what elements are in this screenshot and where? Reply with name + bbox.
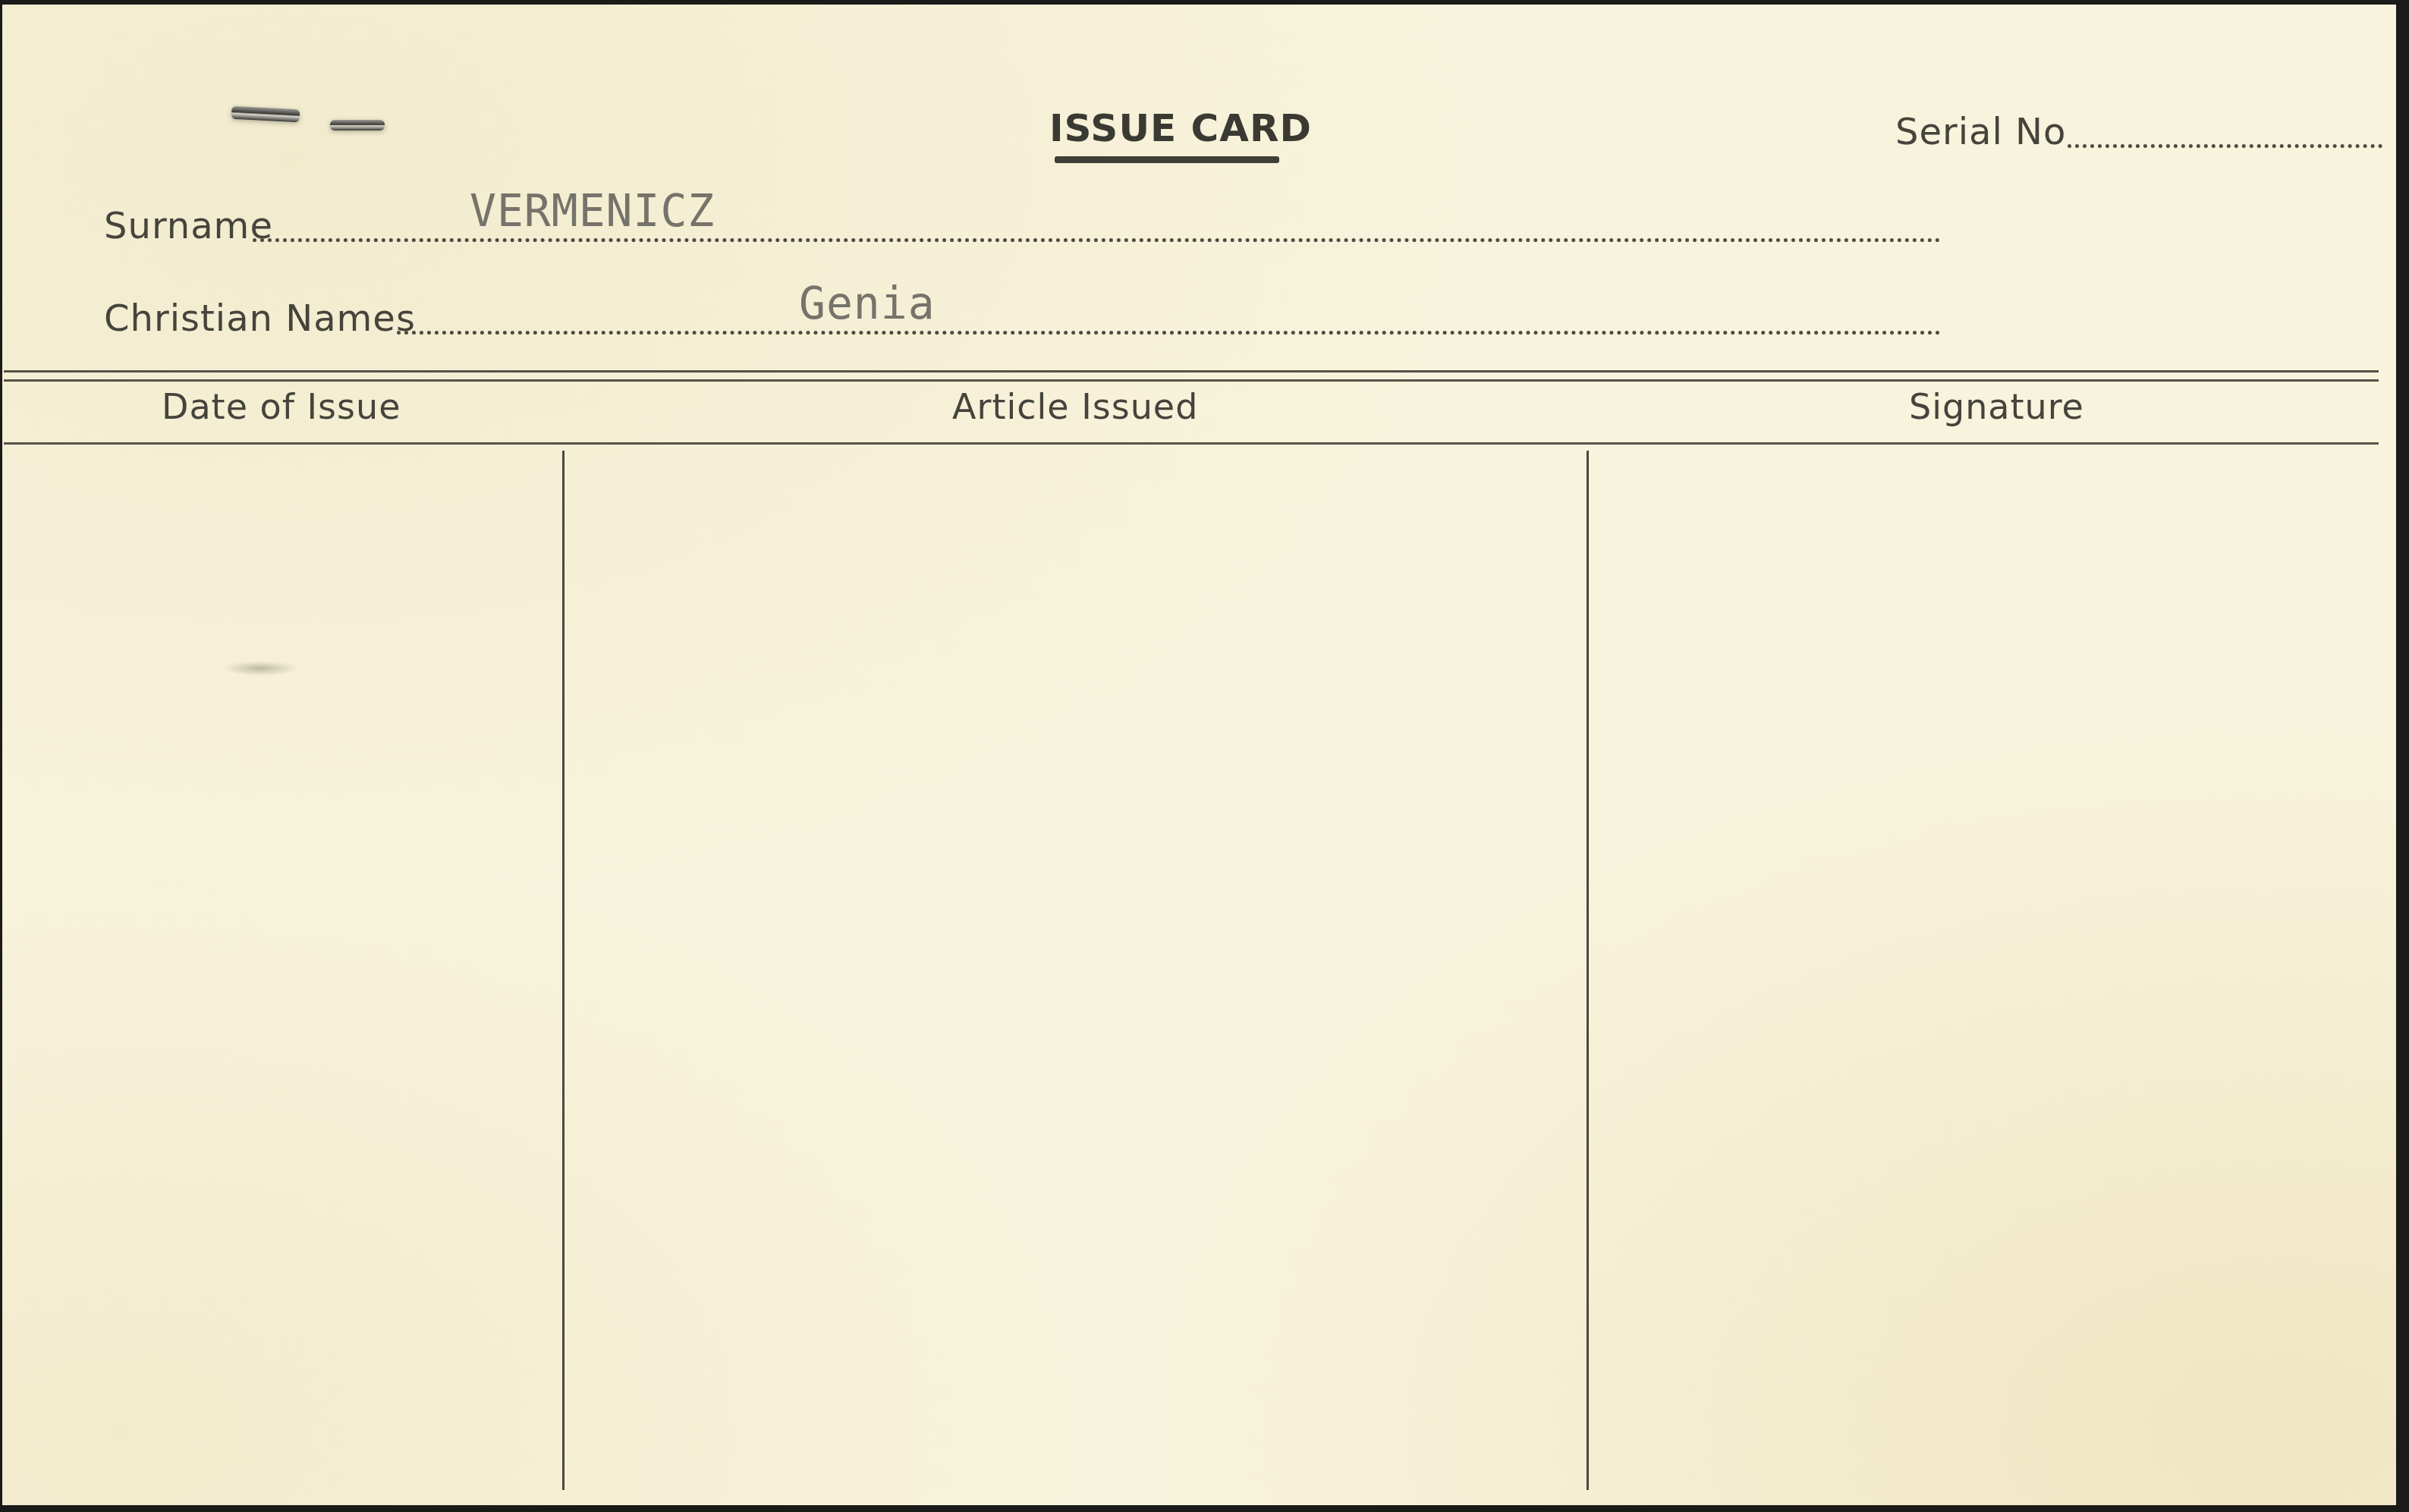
staple-icon — [231, 106, 300, 123]
signature-column[interactable] — [1591, 452, 2380, 1492]
christian-names-field[interactable] — [397, 331, 1941, 335]
title-underline — [1055, 156, 1279, 163]
staple-icon — [330, 120, 385, 130]
date-of-issue-column[interactable] — [4, 452, 561, 1492]
header-double-rule-top — [4, 370, 2379, 372]
card-title: ISSUE CARD — [1049, 106, 1312, 150]
christian-names-label: Christian Names — [104, 297, 416, 340]
article-issued-column[interactable] — [567, 452, 1585, 1492]
column-divider-2 — [1587, 451, 1589, 1490]
column-header-signature: Signature — [1909, 386, 2084, 427]
serial-label: Serial No — [1895, 111, 2066, 153]
surname-label: Surname — [104, 205, 273, 247]
surname-value: VERMENICZ — [470, 185, 715, 237]
serial-field[interactable] — [2068, 144, 2382, 148]
christian-names-value: Genia — [799, 278, 936, 329]
surname-field[interactable] — [253, 238, 1941, 242]
column-divider-1 — [562, 451, 565, 1490]
header-double-rule-bottom — [4, 379, 2379, 382]
header-bottom-rule — [4, 442, 2379, 445]
issue-card: ISSUE CARD Serial No Surname VERMENICZ C… — [2, 5, 2396, 1505]
column-header-date-of-issue: Date of Issue — [162, 386, 401, 427]
column-header-article-issued: Article Issued — [952, 386, 1198, 427]
